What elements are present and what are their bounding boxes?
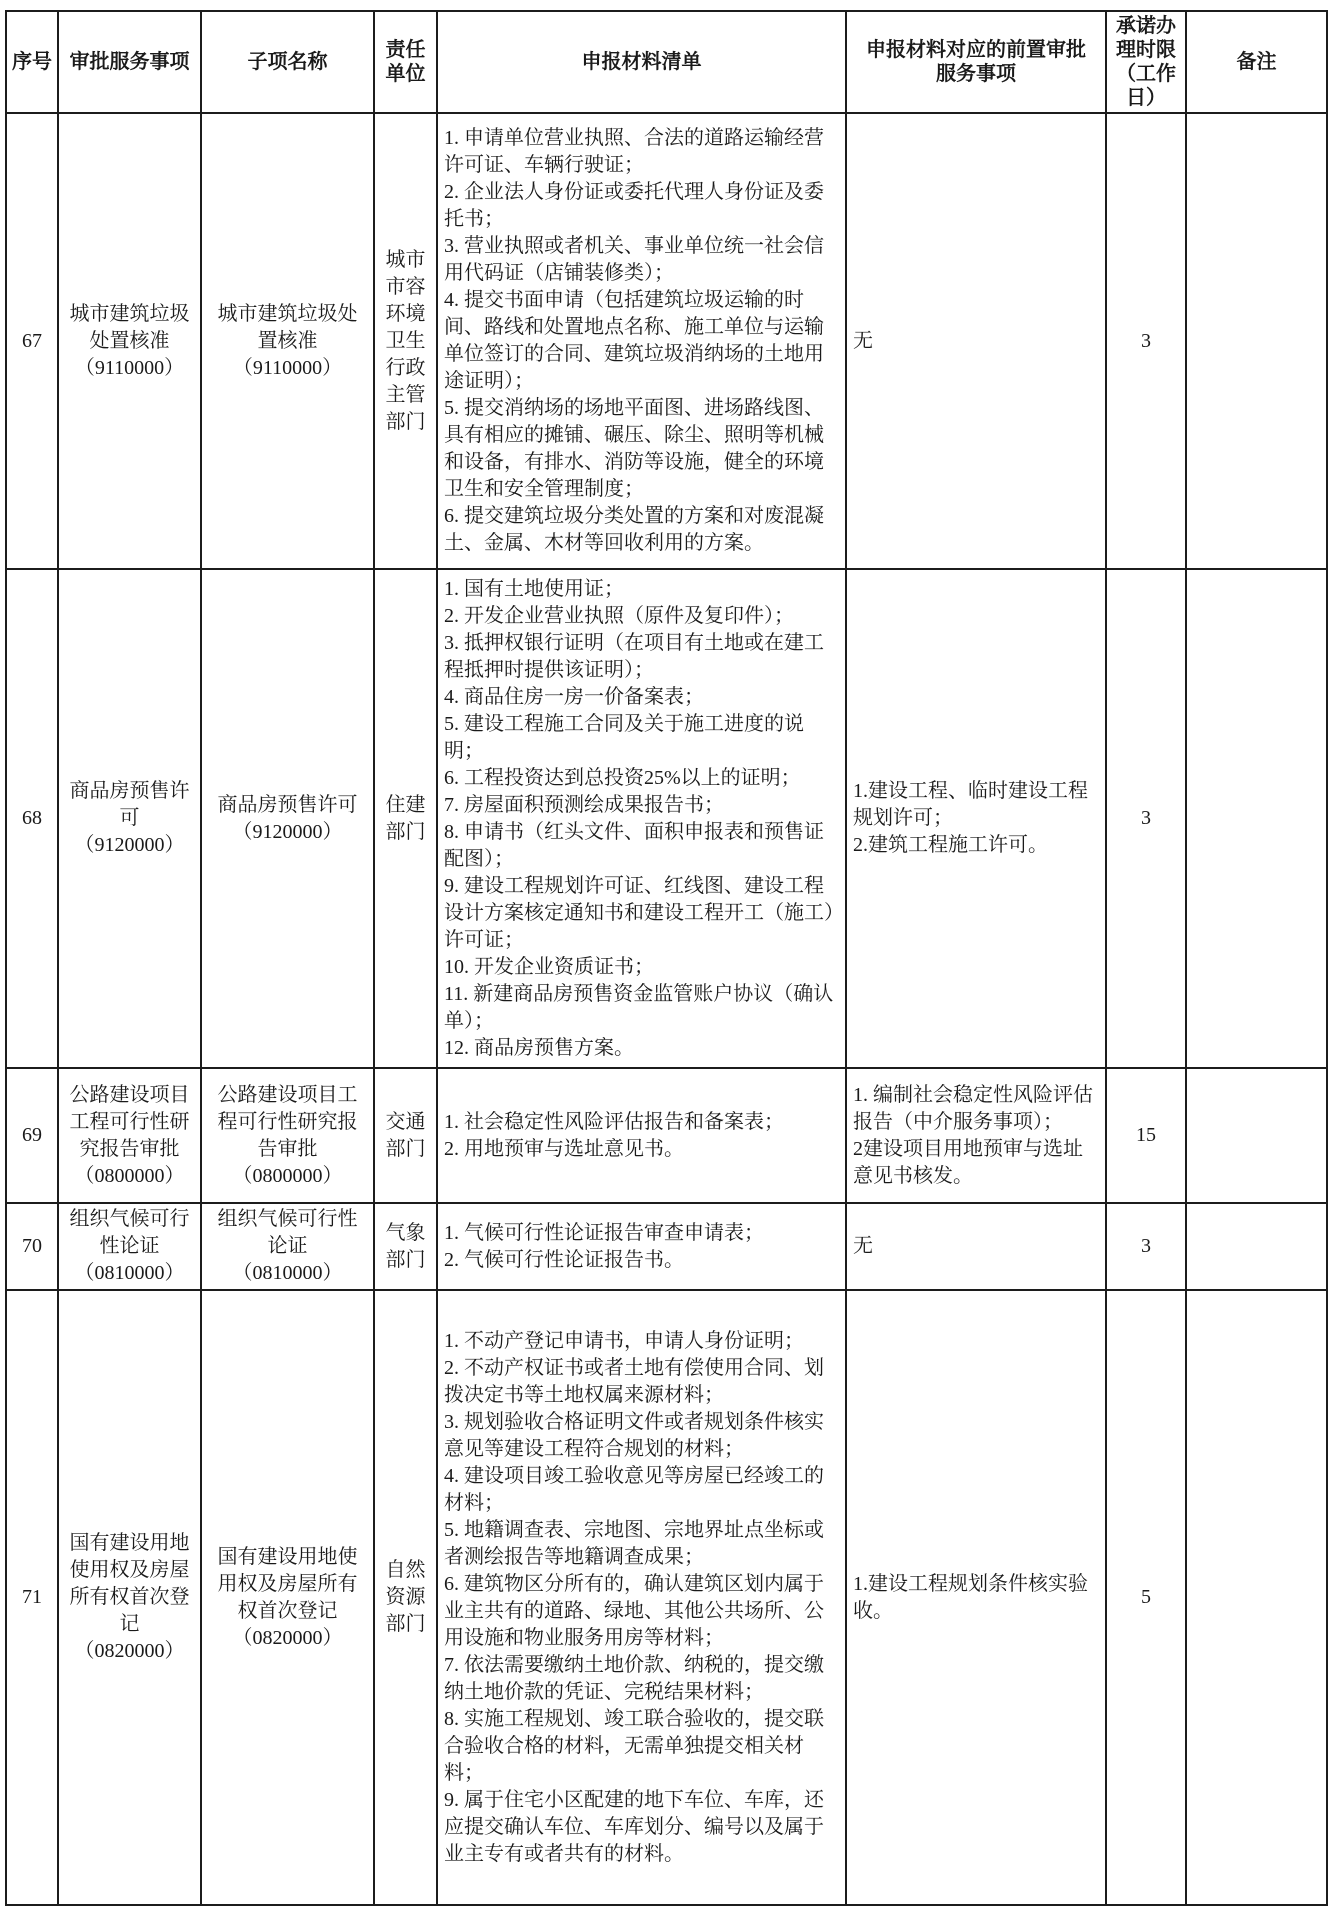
time-limit-cell: 3 bbox=[1106, 113, 1186, 569]
prerequisite-item: 2建设项目用地预审与选址意见书核发。 bbox=[853, 1136, 1099, 1190]
material-item: 4. 建设项目竣工验收意见等房屋已经竣工的材料； bbox=[444, 1463, 839, 1517]
material-item: 2. 企业法人身份证或委托代理人身份证及委托书； bbox=[444, 179, 839, 233]
sub-item-cell: 城市建筑垃圾处置核准 （9110000） bbox=[201, 113, 374, 569]
col-header-prerequisite: 申报材料对应的前置审批 服务事项 bbox=[846, 11, 1106, 113]
approval-item-cell: 商品房预售许可 （9120000） bbox=[58, 569, 201, 1068]
remark-cell bbox=[1186, 113, 1327, 569]
col-header-remark: 备注 bbox=[1186, 11, 1327, 113]
material-item: 9. 建设工程规划许可证、红线图、建设工程设计方案核定通知书和建设工程开工（施工… bbox=[444, 873, 839, 954]
col-header-unit: 责任单位 bbox=[374, 11, 437, 113]
col-header-time-limit: 承诺办理时限（工作日） bbox=[1106, 11, 1186, 113]
table-header: 序号 审批服务事项 子项名称 责任单位 申报材料清单 申报材料对应的前置审批 服… bbox=[6, 11, 1327, 113]
row-number-cell: 70 bbox=[6, 1203, 58, 1290]
material-item: 3. 营业执照或者机关、事业单位统一社会信用代码证（店铺装修类）； bbox=[444, 233, 839, 287]
responsible-unit-cell: 交通部门 bbox=[374, 1068, 437, 1203]
material-item: 5. 地籍调查表、宗地图、宗地界址点坐标或者测绘报告等地籍调查成果； bbox=[444, 1517, 839, 1571]
sub-item-cell: 组织气候可行性论证 （0810000） bbox=[201, 1203, 374, 1290]
prerequisite-cell: 1.建设工程、临时建设工程规划许可；2.建筑工程施工许可。 bbox=[846, 569, 1106, 1068]
material-item: 7. 依法需要缴纳土地价款、纳税的，提交缴纳土地价款的凭证、完税结果材料； bbox=[444, 1652, 839, 1706]
materials-list-cell: 1. 气候可行性论证报告审查申请表；2. 气候可行性论证报告书。 bbox=[437, 1203, 846, 1290]
sub-item-cell: 公路建设项目工程可行性研究报告审批 （0800000） bbox=[201, 1068, 374, 1203]
time-limit-cell: 3 bbox=[1106, 569, 1186, 1068]
prerequisite-item: 无 bbox=[853, 328, 1099, 355]
material-item: 2. 用地预审与选址意见书。 bbox=[444, 1136, 839, 1163]
row-number-cell: 69 bbox=[6, 1068, 58, 1203]
materials-list-cell: 1. 国有土地使用证；2. 开发企业营业执照（原件及复印件）；3. 抵押权银行证… bbox=[437, 569, 846, 1068]
materials-list-cell: 1. 社会稳定性风险评估报告和备案表；2. 用地预审与选址意见书。 bbox=[437, 1068, 846, 1203]
table-body: 67 城市建筑垃圾处置核准 （9110000） 城市建筑垃圾处置核准 （9110… bbox=[6, 113, 1327, 1905]
material-item: 6. 建筑物区分所有的，确认建筑区划内属于业主共有的道路、绿地、其他公共场所、公… bbox=[444, 1571, 839, 1652]
material-item: 2. 不动产权证书或者土地有偿使用合同、划拨决定书等土地权属来源材料； bbox=[444, 1355, 839, 1409]
responsible-unit-cell: 城市市容环境卫生行政主管部门 bbox=[374, 113, 437, 569]
approval-item-cell: 组织气候可行性论证 （0810000） bbox=[58, 1203, 201, 1290]
table-row: 70 组织气候可行性论证 （0810000） 组织气候可行性论证 （081000… bbox=[6, 1203, 1327, 1290]
prerequisite-item: 无 bbox=[853, 1233, 1099, 1260]
material-item: 8. 申请书（红头文件、面积申报表和预售证配图）； bbox=[444, 819, 839, 873]
remark-cell bbox=[1186, 1290, 1327, 1905]
col-header-sub-item: 子项名称 bbox=[201, 11, 374, 113]
material-item: 4. 商品住房一房一价备案表； bbox=[444, 684, 839, 711]
remark-cell bbox=[1186, 1203, 1327, 1290]
material-item: 1. 气候可行性论证报告审查申请表； bbox=[444, 1220, 839, 1247]
approval-item-cell: 国有建设用地使用权及房屋所有权首次登记 （0820000） bbox=[58, 1290, 201, 1905]
responsible-unit-cell: 气象部门 bbox=[374, 1203, 437, 1290]
material-item: 6. 提交建筑垃圾分类处置的方案和对废混凝土、金属、木材等回收利用的方案。 bbox=[444, 503, 839, 557]
row-number-cell: 71 bbox=[6, 1290, 58, 1905]
table-row: 68 商品房预售许可 （9120000） 商品房预售许可 （9120000） 住… bbox=[6, 569, 1327, 1068]
prerequisite-item: 1. 编制社会稳定性风险评估报告（中介服务事项）； bbox=[853, 1082, 1099, 1136]
material-item: 3. 抵押权银行证明（在项目有土地或在建工程抵押时提供该证明）； bbox=[444, 630, 839, 684]
row-number-cell: 68 bbox=[6, 569, 58, 1068]
prerequisite-item: 1.建设工程规划条件核实验收。 bbox=[853, 1571, 1099, 1625]
approval-item-cell: 城市建筑垃圾处置核准 （9110000） bbox=[58, 113, 201, 569]
material-item: 5. 提交消纳场的场地平面图、进场路线图、具有相应的摊铺、碾压、除尘、照明等机械… bbox=[444, 395, 839, 503]
material-item: 9. 属于住宅小区配建的地下车位、车库，还应提交确认车位、车库划分、编号以及属于… bbox=[444, 1787, 839, 1868]
material-item: 1. 不动产登记申请书，申请人身份证明； bbox=[444, 1328, 839, 1355]
prerequisite-item: 2.建筑工程施工许可。 bbox=[853, 832, 1099, 859]
col-header-materials: 申报材料清单 bbox=[437, 11, 846, 113]
material-item: 2. 气候可行性论证报告书。 bbox=[444, 1247, 839, 1274]
col-header-approval-item: 审批服务事项 bbox=[58, 11, 201, 113]
material-item: 1. 国有土地使用证； bbox=[444, 576, 839, 603]
approval-table: 序号 审批服务事项 子项名称 责任单位 申报材料清单 申报材料对应的前置审批 服… bbox=[5, 10, 1328, 1906]
prerequisite-cell: 1.建设工程规划条件核实验收。 bbox=[846, 1290, 1106, 1905]
responsible-unit-cell: 自然资源部门 bbox=[374, 1290, 437, 1905]
materials-list-cell: 1. 申请单位营业执照、合法的道路运输经营许可证、车辆行驶证；2. 企业法人身份… bbox=[437, 113, 846, 569]
document-page: 序号 审批服务事项 子项名称 责任单位 申报材料清单 申报材料对应的前置审批 服… bbox=[0, 0, 1331, 1897]
material-item: 1. 社会稳定性风险评估报告和备案表； bbox=[444, 1109, 839, 1136]
table-row: 71 国有建设用地使用权及房屋所有权首次登记 （0820000） 国有建设用地使… bbox=[6, 1290, 1327, 1905]
material-item: 4. 提交书面申请（包括建筑垃圾运输的时间、路线和处置地点名称、施工单位与运输单… bbox=[444, 287, 839, 395]
time-limit-cell: 15 bbox=[1106, 1068, 1186, 1203]
row-number-cell: 67 bbox=[6, 113, 58, 569]
remark-cell bbox=[1186, 569, 1327, 1068]
material-item: 12. 商品房预售方案。 bbox=[444, 1035, 839, 1062]
material-item: 3. 规划验收合格证明文件或者规划条件核实意见等建设工程符合规划的材料； bbox=[444, 1409, 839, 1463]
material-item: 11. 新建商品房预售资金监管账户协议（确认单）； bbox=[444, 981, 839, 1035]
remark-cell bbox=[1186, 1068, 1327, 1203]
material-item: 6. 工程投资达到总投资25%以上的证明； bbox=[444, 765, 839, 792]
col-header-serial: 序号 bbox=[6, 11, 58, 113]
approval-item-cell: 公路建设项目工程可行性研究报告审批 （0800000） bbox=[58, 1068, 201, 1203]
material-item: 8. 实施工程规划、竣工联合验收的，提交联合验收合格的材料，无需单独提交相关材料… bbox=[444, 1706, 839, 1787]
prerequisite-cell: 1. 编制社会稳定性风险评估报告（中介服务事项）；2建设项目用地预审与选址意见书… bbox=[846, 1068, 1106, 1203]
time-limit-cell: 3 bbox=[1106, 1203, 1186, 1290]
responsible-unit-cell: 住建部门 bbox=[374, 569, 437, 1068]
table-row: 67 城市建筑垃圾处置核准 （9110000） 城市建筑垃圾处置核准 （9110… bbox=[6, 113, 1327, 569]
header-row: 序号 审批服务事项 子项名称 责任单位 申报材料清单 申报材料对应的前置审批 服… bbox=[6, 11, 1327, 113]
table-row: 69 公路建设项目工程可行性研究报告审批 （0800000） 公路建设项目工程可… bbox=[6, 1068, 1327, 1203]
material-item: 5. 建设工程施工合同及关于施工进度的说明； bbox=[444, 711, 839, 765]
sub-item-cell: 国有建设用地使用权及房屋所有权首次登记 （0820000） bbox=[201, 1290, 374, 1905]
materials-list-cell: 1. 不动产登记申请书，申请人身份证明；2. 不动产权证书或者土地有偿使用合同、… bbox=[437, 1290, 846, 1905]
prerequisite-cell: 无 bbox=[846, 113, 1106, 569]
material-item: 10. 开发企业资质证书； bbox=[444, 954, 839, 981]
time-limit-cell: 5 bbox=[1106, 1290, 1186, 1905]
sub-item-cell: 商品房预售许可 （9120000） bbox=[201, 569, 374, 1068]
prerequisite-cell: 无 bbox=[846, 1203, 1106, 1290]
material-item: 7. 房屋面积预测绘成果报告书； bbox=[444, 792, 839, 819]
prerequisite-item: 1.建设工程、临时建设工程规划许可； bbox=[853, 778, 1099, 832]
material-item: 1. 申请单位营业执照、合法的道路运输经营许可证、车辆行驶证； bbox=[444, 125, 839, 179]
material-item: 2. 开发企业营业执照（原件及复印件）； bbox=[444, 603, 839, 630]
